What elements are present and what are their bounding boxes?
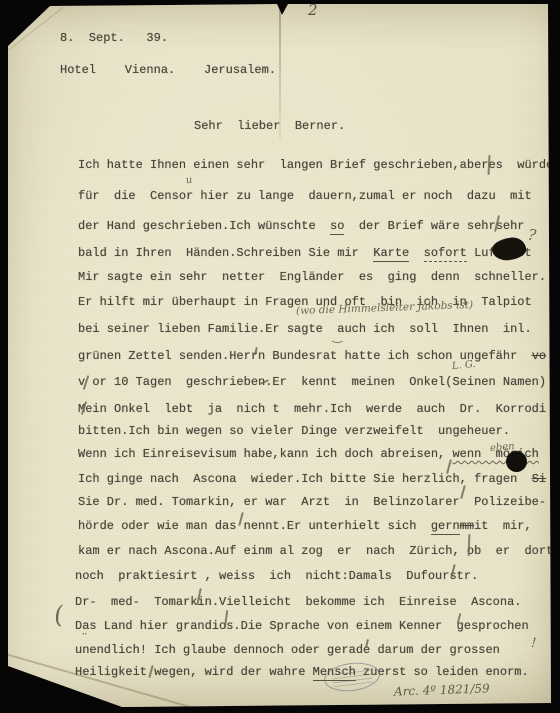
letter-line: kam er nach Ascona.Auf einm al zog er na… xyxy=(78,544,553,558)
letter-line: bitten.Ich bin wegen so vieler Dinge ver… xyxy=(78,424,510,438)
text-segment: Karte xyxy=(373,246,409,262)
text-segment: so xyxy=(330,219,344,235)
text-segment: Ich hatte Ihnen einen sehr langen Brief … xyxy=(78,158,488,172)
handwritten-note-censor_u: u xyxy=(185,176,193,187)
text-segment: v or 10 Tagen geschrieben.Er kennt meine… xyxy=(78,375,546,389)
text-segment: für die Censor hier zu lange dauern,zuma… xyxy=(78,189,532,203)
scanned-letter: 2 8. Sept. 39. Hotel Vienna. Jerusalem. … xyxy=(0,0,560,713)
letter-paper: 2 8. Sept. 39. Hotel Vienna. Jerusalem. … xyxy=(0,0,560,713)
text-segment: kam er nach Ascona.Auf einm al zog er na… xyxy=(78,544,553,558)
address-line: Hotel Vienna. Jerusalem. xyxy=(60,63,276,77)
letter-line: bei seiner lieben Familie.Er sagte auch … xyxy=(78,322,532,336)
letter-line: bald in Ihren Händen.Schreiben Sie mir K… xyxy=(78,246,532,260)
archive-number: Arc. 4º 1821/59 xyxy=(394,682,490,697)
text-segment: vo xyxy=(532,349,546,363)
date-line: 8. Sept. 39. xyxy=(60,31,168,45)
handwritten-note-lg: L. G. xyxy=(452,360,477,372)
text-segment: noch praktiesirt , weiss ich nicht:Damal… xyxy=(75,569,478,583)
text-segment: Das Land hier grandios.Die Sprache von e… xyxy=(75,619,529,633)
text-segment xyxy=(409,246,423,260)
letter-line: für die Censor hier zu lange dauern,zuma… xyxy=(78,189,532,203)
letter-line: Ich hatte Ihnen einen sehr langen Brief … xyxy=(78,158,553,172)
text-segment: Ich ginge nach Ascona wieder.Ich bitte S… xyxy=(78,472,532,486)
text-segment: mm xyxy=(460,519,474,533)
letter-line: hörde oder wie man das nennt.Er unterhie… xyxy=(78,519,532,533)
text-segment: bitten.Ich bin wegen so vieler Dinge ver… xyxy=(78,424,510,438)
fold-crease-top-left xyxy=(8,7,64,51)
fold-crease-bottom-left xyxy=(0,648,229,713)
text-segment: bald in Ihren Händen.Schreiben Sie mir xyxy=(78,246,373,260)
letter-line: Dr- med- Tomarkin.Vielleicht bekomme ich… xyxy=(75,595,521,609)
letter-line: Mein Onkel lebt ja nich t mehr.Ich werde… xyxy=(78,402,546,416)
text-segment: der Hand geschrieben.Ich wünschte xyxy=(78,219,330,233)
letter-line: Wenn ich Einreisevisum habe,kann ich doc… xyxy=(78,447,539,461)
text-segment: unendlich! Ich glaube dennoch oder gerad… xyxy=(75,643,500,657)
text-segment: Mir sagte ein sehr netter Engländer es g… xyxy=(78,270,546,284)
text-segment: Sie Dr. med. Tomarkin, er war Arzt in Be… xyxy=(78,495,546,509)
text-segment: gern xyxy=(431,519,460,535)
text-segment: es würde xyxy=(488,158,553,172)
salutation: Sehr lieber Berner. xyxy=(194,119,345,133)
letter-line: Das Land hier grandios.Die Sprache von e… xyxy=(75,619,529,633)
text-segment: der Brief wäre sehr xyxy=(344,219,495,233)
letter-line: Heiligkeit wegen, wird der wahre Mensch … xyxy=(75,665,529,679)
text-segment: bei seiner lieben Familie.Er sagte auch … xyxy=(78,322,532,336)
text-segment: sofort xyxy=(424,246,467,262)
handwritten-note-question_mark: ? xyxy=(527,228,537,244)
text-segment: Wenn ich Einreisevisum habe,kann ich doc… xyxy=(78,447,452,461)
letter-line: grünen Zettel senden.Herrn Bundesrat hat… xyxy=(78,349,546,363)
letter-line: Ich ginge nach Ascona wieder.Ich bitte S… xyxy=(78,472,546,486)
letter-line: noch praktiesirt , weiss ich nicht:Damal… xyxy=(75,569,478,583)
text-segment: Si xyxy=(532,472,546,486)
letter-line: Sie Dr. med. Tomarkin, er war Arzt in Be… xyxy=(78,495,546,509)
handwritten-note-margin_paren: ( xyxy=(53,603,65,628)
handwritten-note-umlaut: ¨ xyxy=(80,633,87,646)
text-segment: Mein Onkel lebt ja nich t mehr.Ich werde… xyxy=(78,402,546,416)
text-segment: hörde oder wie man das nennt.Er unterhie… xyxy=(78,519,431,533)
text-segment: Dr- med- Tomarkin.Vielleicht bekomme ich… xyxy=(75,595,521,609)
ink-dot xyxy=(506,451,527,472)
text-segment: zuerst so leiden enorm. xyxy=(356,665,529,679)
text-segment: Heiligkeit wegen, wird der wahre xyxy=(75,665,313,679)
text-segment: it mir, xyxy=(474,519,532,533)
text-segment: sehr xyxy=(496,219,525,233)
handwritten-note-exclaim: ! xyxy=(530,637,536,650)
letter-line: der Hand geschrieben.Ich wünschte so der… xyxy=(78,219,525,233)
pen-check-mark xyxy=(330,334,345,343)
letter-line: v or 10 Tagen geschrieben.Er kennt meine… xyxy=(78,375,546,389)
letter-line: Mir sagte ein sehr netter Engländer es g… xyxy=(78,270,546,284)
page-number: 2 xyxy=(308,3,318,18)
letter-line: unendlich! Ich glaube dennoch oder gerad… xyxy=(75,643,500,657)
